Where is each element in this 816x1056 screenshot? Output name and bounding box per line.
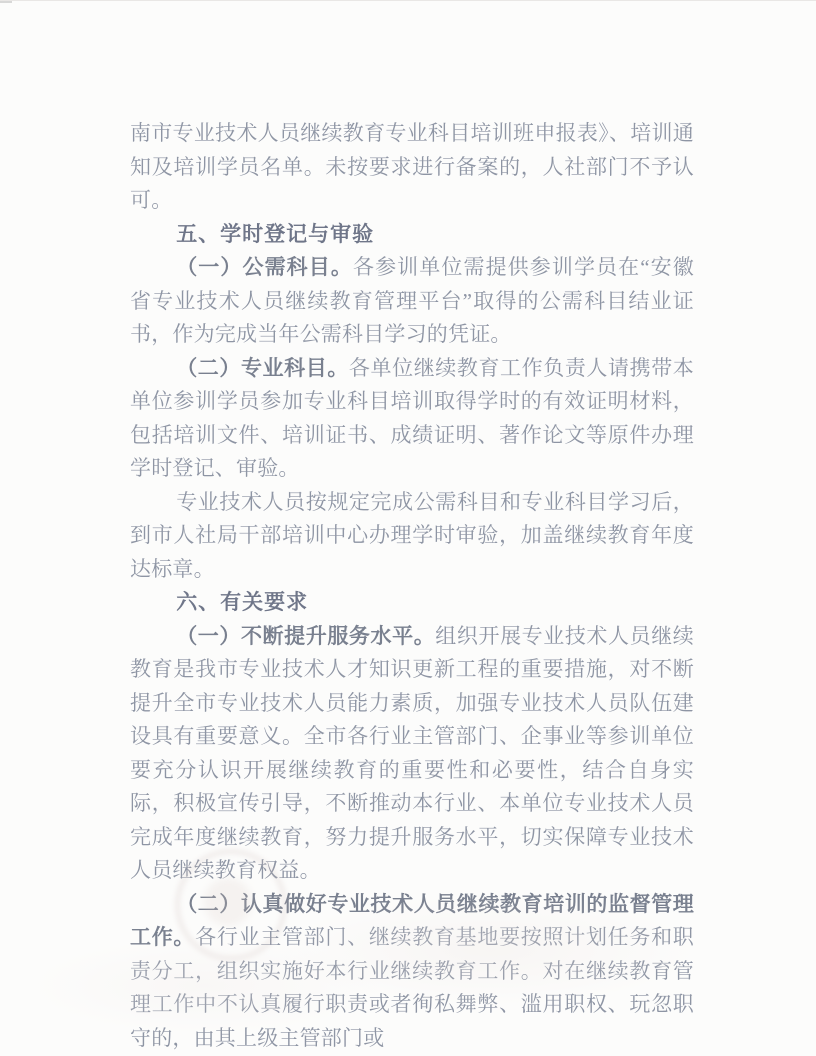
- paragraph-continuation: 南市专业技术人员继续教育专业科目培训班申报表》、培训通知及培训学员名单。未按要求…: [130, 117, 694, 218]
- paragraph-text: 南市专业技术人员继续教育专业科目培训班申报表》、培训通知及培训学员名单。未按要求…: [130, 121, 694, 212]
- paragraph-professional-subjects: （二）专业科目。各单位继续教育工作负责人请携带本单位参训学员参加专业科目培训取得…: [130, 352, 694, 486]
- paragraph-lead: （二）专业科目。: [176, 356, 349, 380]
- paragraph-improve-service: （一）不断提升服务水平。组织开展专业技术人员继续教育是我市专业技术人才知识更新工…: [130, 620, 694, 888]
- scan-corner-artifact: [0, 1, 12, 3]
- paragraph-text: 各行业主管部门、继续教育基地要按照计划任务和职责分工，组织实施好本行业继续教育工…: [130, 925, 694, 1050]
- document-text-block: 南市专业技术人员继续教育专业科目培训班申报表》、培训通知及培训学员名单。未按要求…: [130, 117, 694, 1055]
- paragraph-hours-verification: 专业技术人员按规定完成公需科目和专业科目学习后，到市人社局干部培训中心办理学时审…: [130, 486, 694, 587]
- scanned-document-page: 南市专业技术人员继续教育专业科目培训班申报表》、培训通知及培训学员名单。未按要求…: [0, 0, 816, 1056]
- paragraph-lead: （一）公需科目。: [176, 255, 353, 279]
- scan-edge-artifact: [0, 0, 816, 1]
- paragraph-public-subjects: （一）公需科目。各参训单位需提供参训学员在“安徽省专业技术人员继续教育管理平台”…: [130, 251, 694, 352]
- paragraph-text: 专业技术人员按规定完成公需科目和专业科目学习后，到市人社局干部培训中心办理学时审…: [130, 490, 694, 581]
- paragraph-text: 组织开展专业技术人员继续教育是我市专业技术人才知识更新工程的重要措施，对不断提升…: [130, 624, 694, 883]
- section-heading-6: 六、有关要求: [130, 586, 694, 620]
- paragraph-supervision: （二）认真做好专业技术人员继续教育培训的监督管理工作。各行业主管部门、继续教育基…: [130, 888, 694, 1056]
- paragraph-lead: （一）不断提升服务水平。: [176, 624, 435, 648]
- section-heading-5: 五、学时登记与审验: [130, 218, 694, 252]
